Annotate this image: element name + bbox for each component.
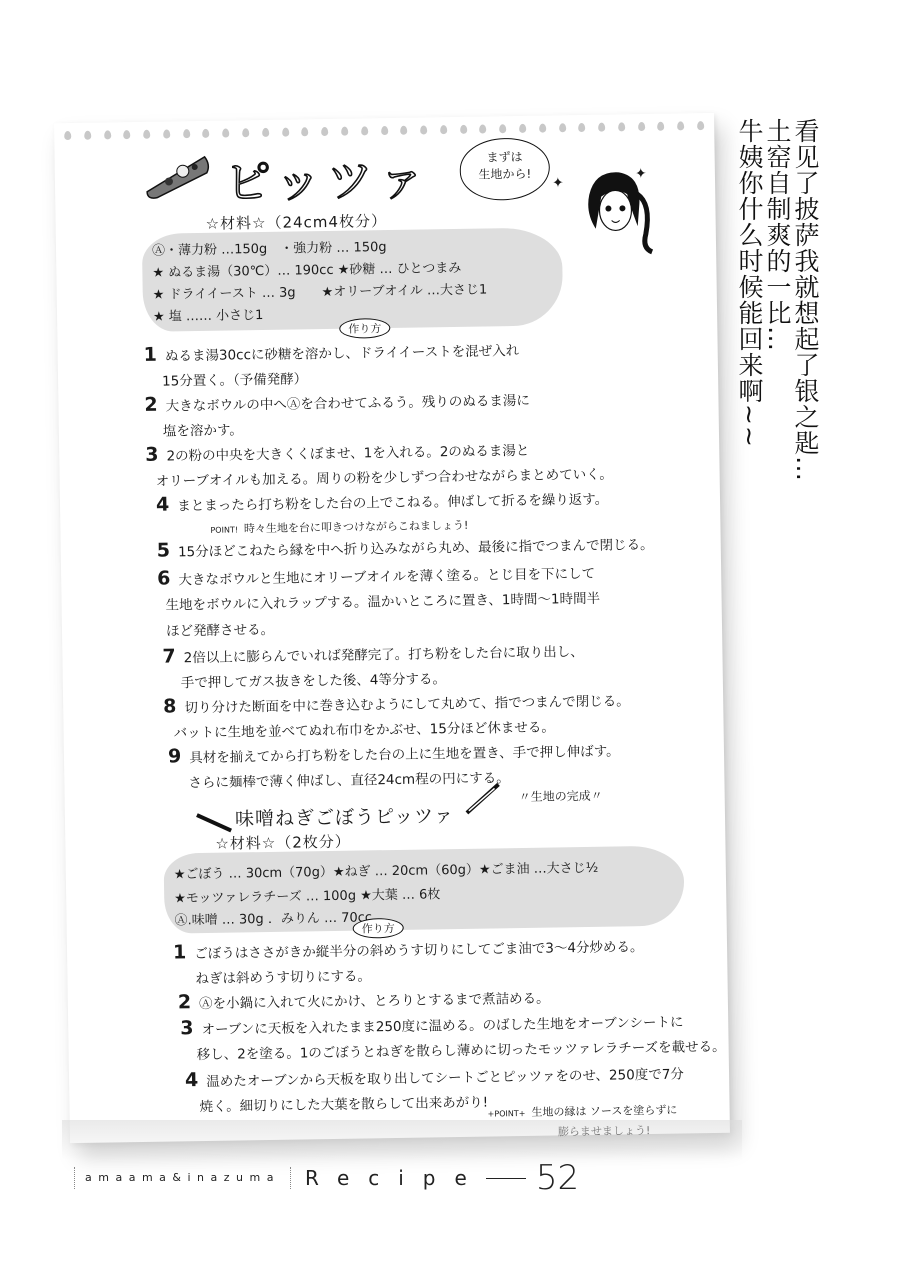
step-2-cont: 塩を溶かす。 — [163, 418, 243, 439]
recipe-2-step-2: 2Ⓐを小鍋に入れて火にかけ、とろりとするまで煮詰める。 — [178, 986, 550, 1014]
caption-column-3: 牛姨你什么时候能回来啊~~ — [734, 118, 764, 448]
step-6: 6大きなボウルと生地にオリーブオイルを薄く塗る。とじ目を下にして — [157, 561, 595, 590]
step-2: 2大きなボウルの中へⒶを合わせてふるう。残りのぬるま湯に — [144, 388, 530, 416]
recipe-2-title: 味噌ねぎごぼうピッツァ — [235, 801, 454, 831]
dough-complete-note: 〃生地の完成〃 — [519, 787, 603, 805]
brand-label: amaama&inazuma — [74, 1167, 291, 1189]
divider-dash — [486, 1178, 526, 1179]
step-6-cont2: ほど発酵させる。 — [166, 618, 274, 640]
pizza-slice-icon — [142, 151, 213, 200]
step-6-cont: 生地をボウルに入れラップする。温かいところに置き、1時間〜1時間半 — [165, 587, 600, 614]
recipe-2-step-3-cont: 移し、2を塗る。1のごぼうとねぎを散らし薄めに切ったモッツァレラチーズを載せる。 — [196, 1035, 725, 1063]
step-1-cont: 15分置く。（予備発酵） — [162, 367, 307, 389]
howto-label: 作り方 — [353, 918, 404, 939]
page-footer: amaama&inazuma Recipe 52 — [74, 1158, 579, 1198]
green-onion-icon — [464, 780, 505, 815]
point-note-2: +POINT+生地の縁は ソースを塗らずに — [487, 1102, 677, 1121]
step-9: 9具材を揃えてから打ち粉をした台の上に生地を置き、手で押し伸ばす。 — [168, 738, 620, 767]
bubble-line-1: まずは — [460, 148, 548, 166]
step-4: 4まとまったら打ち粉をした台の上でこねる。伸ばして折るを繰り返す。 — [156, 487, 608, 516]
step-9-cont: さらに麺棒で薄く伸ばし、直径24cm程の円にする。 — [188, 766, 510, 791]
ingredient-line: ★ 塩 …… 小さじ1 — [153, 304, 264, 325]
caption-column-2: 土窑自制爽的一比… — [762, 118, 792, 352]
step-1: 1ぬるま湯30ccに砂糖を溶かし、ドライイーストを混ぜ入れ — [144, 338, 520, 366]
caption-column-1: 看见了披萨我就想起了银之匙… — [790, 118, 820, 482]
recipe-2-step-4: 4温めたオーブンから天板を取り出してシートごとピッツァをのせ、250度で7分 — [185, 1061, 684, 1091]
speech-bubble: まずは 生地から! — [459, 137, 550, 200]
step-8: 8切り分けた断面を中に巻き込むようにして丸めて、指でつまんで閉じる。 — [163, 688, 630, 717]
howto-label: 作り方 — [339, 318, 390, 339]
step-8-cont: バットに生地を並べてぬれ布巾をかぶせ、15分ほど休ませる。 — [173, 715, 555, 741]
girl-character-illustration — [575, 164, 656, 257]
notebook-page: ピッツァ まずは 生地から! ✦ ✦ ☆材料☆（24cm4枚分） Ⓐ・薄力粉 …… — [54, 113, 730, 1143]
step-3: 32の粉の中央を大きくくぼませ、1を入れる。2のぬるま湯と — [145, 438, 529, 466]
recipe-2-step-4-cont: 焼く。細切りにした大葉を散らして出来あがり! — [199, 1091, 488, 1116]
recipe-2-step-1-cont: ねぎは斜めうす切りにする。 — [195, 964, 371, 987]
recipe-2-step-3: 3オーブンに天板を入れたまま250度に温める。のばした生地をオーブンシートに — [180, 1009, 684, 1039]
page-shadow — [62, 1120, 742, 1160]
recipe-2-step-1: 1ごぼうはささがきか縦半分の斜めうす切りにしてごま油で3〜4分炒める。 — [173, 934, 644, 963]
section-label: Recipe — [305, 1166, 486, 1190]
bubble-line-2: 生地から! — [461, 165, 549, 183]
sparkle-icon: ✦ — [552, 175, 564, 191]
step-7-cont: 手で押してガス抜きをした後、4等分する。 — [181, 667, 446, 691]
step-7: 72倍以上に膨らんでいれば発酵完了。打ち粉をした台に取り出し、 — [162, 639, 584, 668]
point-note: POINT!時々生地を台に叩きつけながらこねましょう! — [210, 517, 468, 537]
recipe-1-title: ピッツァ — [224, 143, 431, 212]
page-number: 52 — [536, 1158, 579, 1198]
ingredient-line: Ⓐ・薄力粉 …150g ・強力粉 … 150g — [152, 236, 387, 259]
ingredient-line: Ⓐ.味噌 … 30g ．みりん … 70cc — [174, 906, 372, 928]
burdock-root-icon — [195, 810, 235, 835]
step-3-cont: オリーブオイルも加える。周りの粉を少しずつ合わせながらまとめていく。 — [155, 463, 613, 490]
